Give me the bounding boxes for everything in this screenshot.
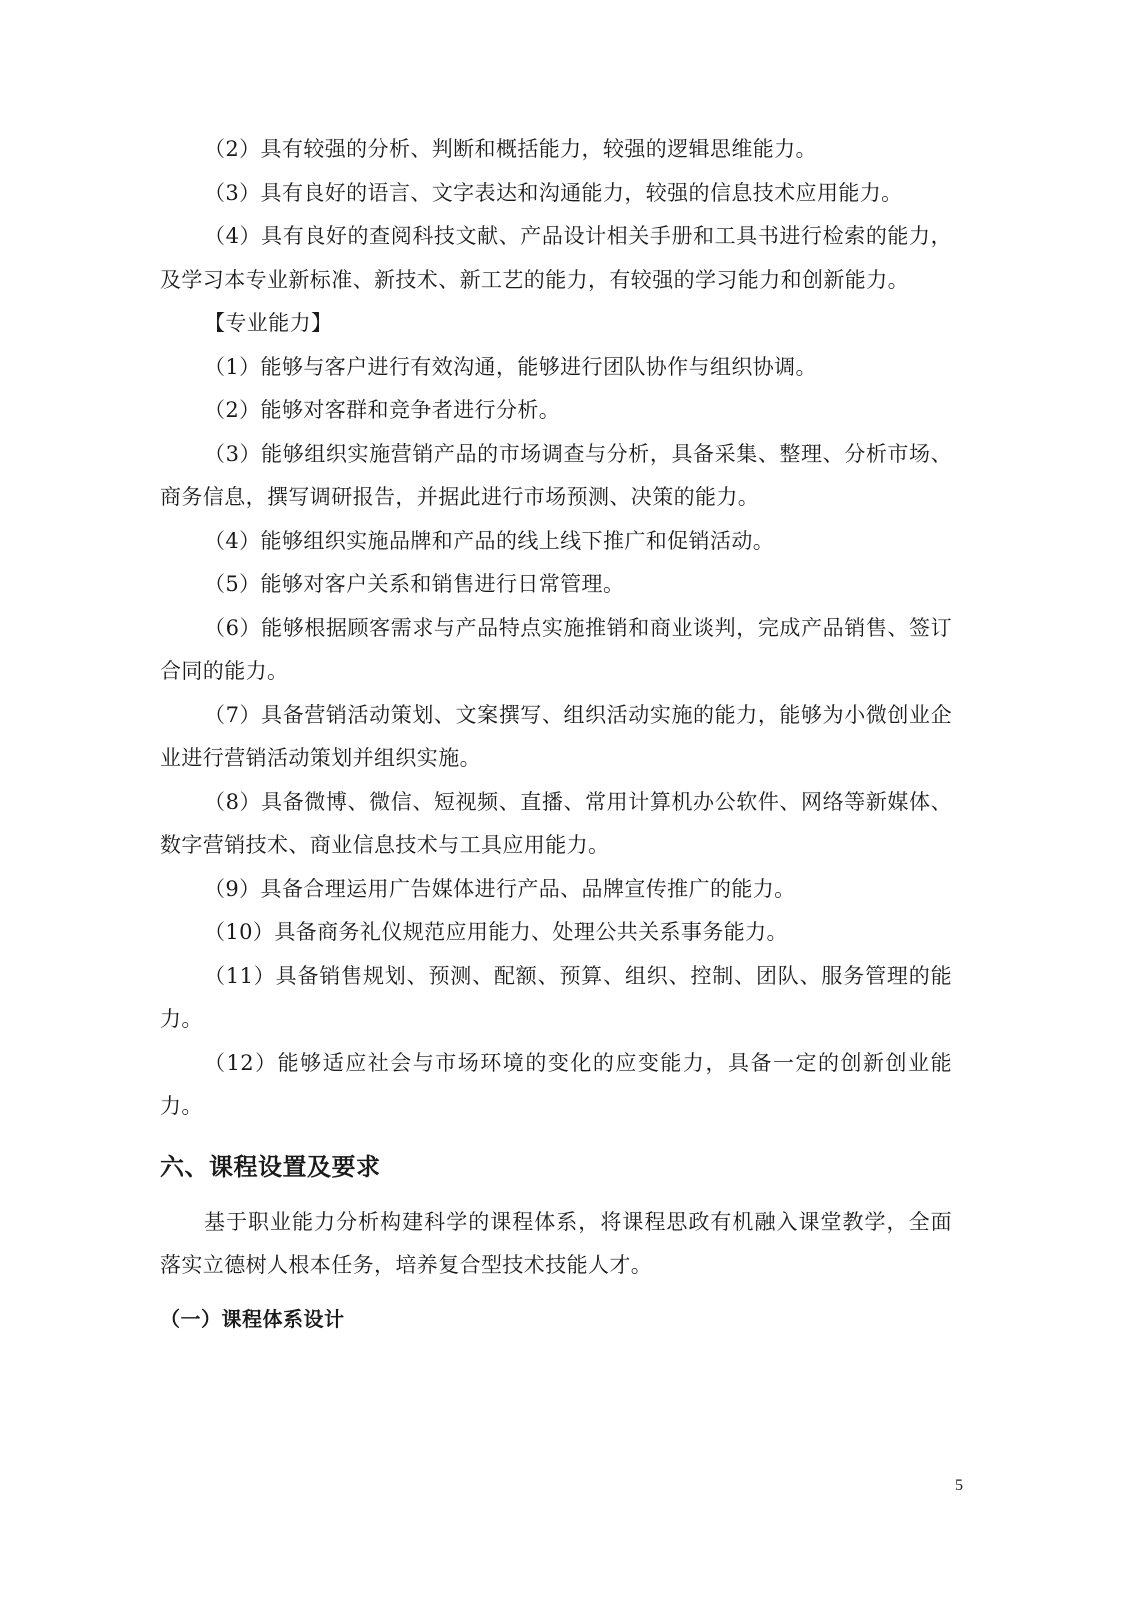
professional-item-7: （7）具备营销活动策划、文案撰写、组织活动实施的能力，能够为小微创业企业进行营销… [160, 694, 952, 781]
professional-item-1: （1）能够与客户进行有效沟通，能够进行团队协作与组织协调。 [160, 346, 952, 390]
document-page: （2）具有较强的分析、判断和概括能力，较强的逻辑思维能力。 （3）具有良好的语言… [160, 128, 952, 1340]
professional-item-4: （4）能够组织实施品牌和产品的线上线下推广和促销活动。 [160, 520, 952, 564]
professional-item-3: （3）能够组织实施营销产品的市场调查与分析，具备采集、整理、分析市场、商务信息，… [160, 433, 952, 520]
section-intro: 基于职业能力分析构建科学的课程体系，将课程思政有机融入课堂教学，全面落实立德树人… [160, 1201, 952, 1288]
paragraph-general-4: （4）具有良好的查阅科技文献、产品设计相关手册和工具书进行检索的能力，及学习本专… [160, 215, 952, 302]
subsection-title: （一）课程体系设计 [160, 1298, 952, 1340]
page-number: 5 [955, 1477, 963, 1495]
professional-item-8: （8）具备微博、微信、短视频、直播、常用计算机办公软件、网络等新媒体、数字营销技… [160, 781, 952, 868]
paragraph-general-3: （3）具有良好的语言、文字表达和沟通能力，较强的信息技术应用能力。 [160, 172, 952, 216]
professional-ability-heading: 【专业能力】 [160, 302, 952, 346]
professional-item-10: （10）具备商务礼仪规范应用能力、处理公共关系事务能力。 [160, 911, 952, 955]
professional-item-12: （12）能够适应社会与市场环境的变化的应变能力，具备一定的创新创业能力。 [160, 1042, 952, 1129]
professional-item-5: （5）能够对客户关系和销售进行日常管理。 [160, 563, 952, 607]
professional-item-6: （6）能够根据顾客需求与产品特点实施推销和商业谈判，完成产品销售、签订合同的能力… [160, 607, 952, 694]
section-title: 六、课程设置及要求 [160, 1143, 952, 1191]
professional-item-9: （9）具备合理运用广告媒体进行产品、品牌宣传推广的能力。 [160, 868, 952, 912]
professional-item-2: （2）能够对客群和竞争者进行分析。 [160, 389, 952, 433]
professional-item-11: （11）具备销售规划、预测、配额、预算、组织、控制、团队、服务管理的能力。 [160, 955, 952, 1042]
paragraph-general-2: （2）具有较强的分析、判断和概括能力，较强的逻辑思维能力。 [160, 128, 952, 172]
